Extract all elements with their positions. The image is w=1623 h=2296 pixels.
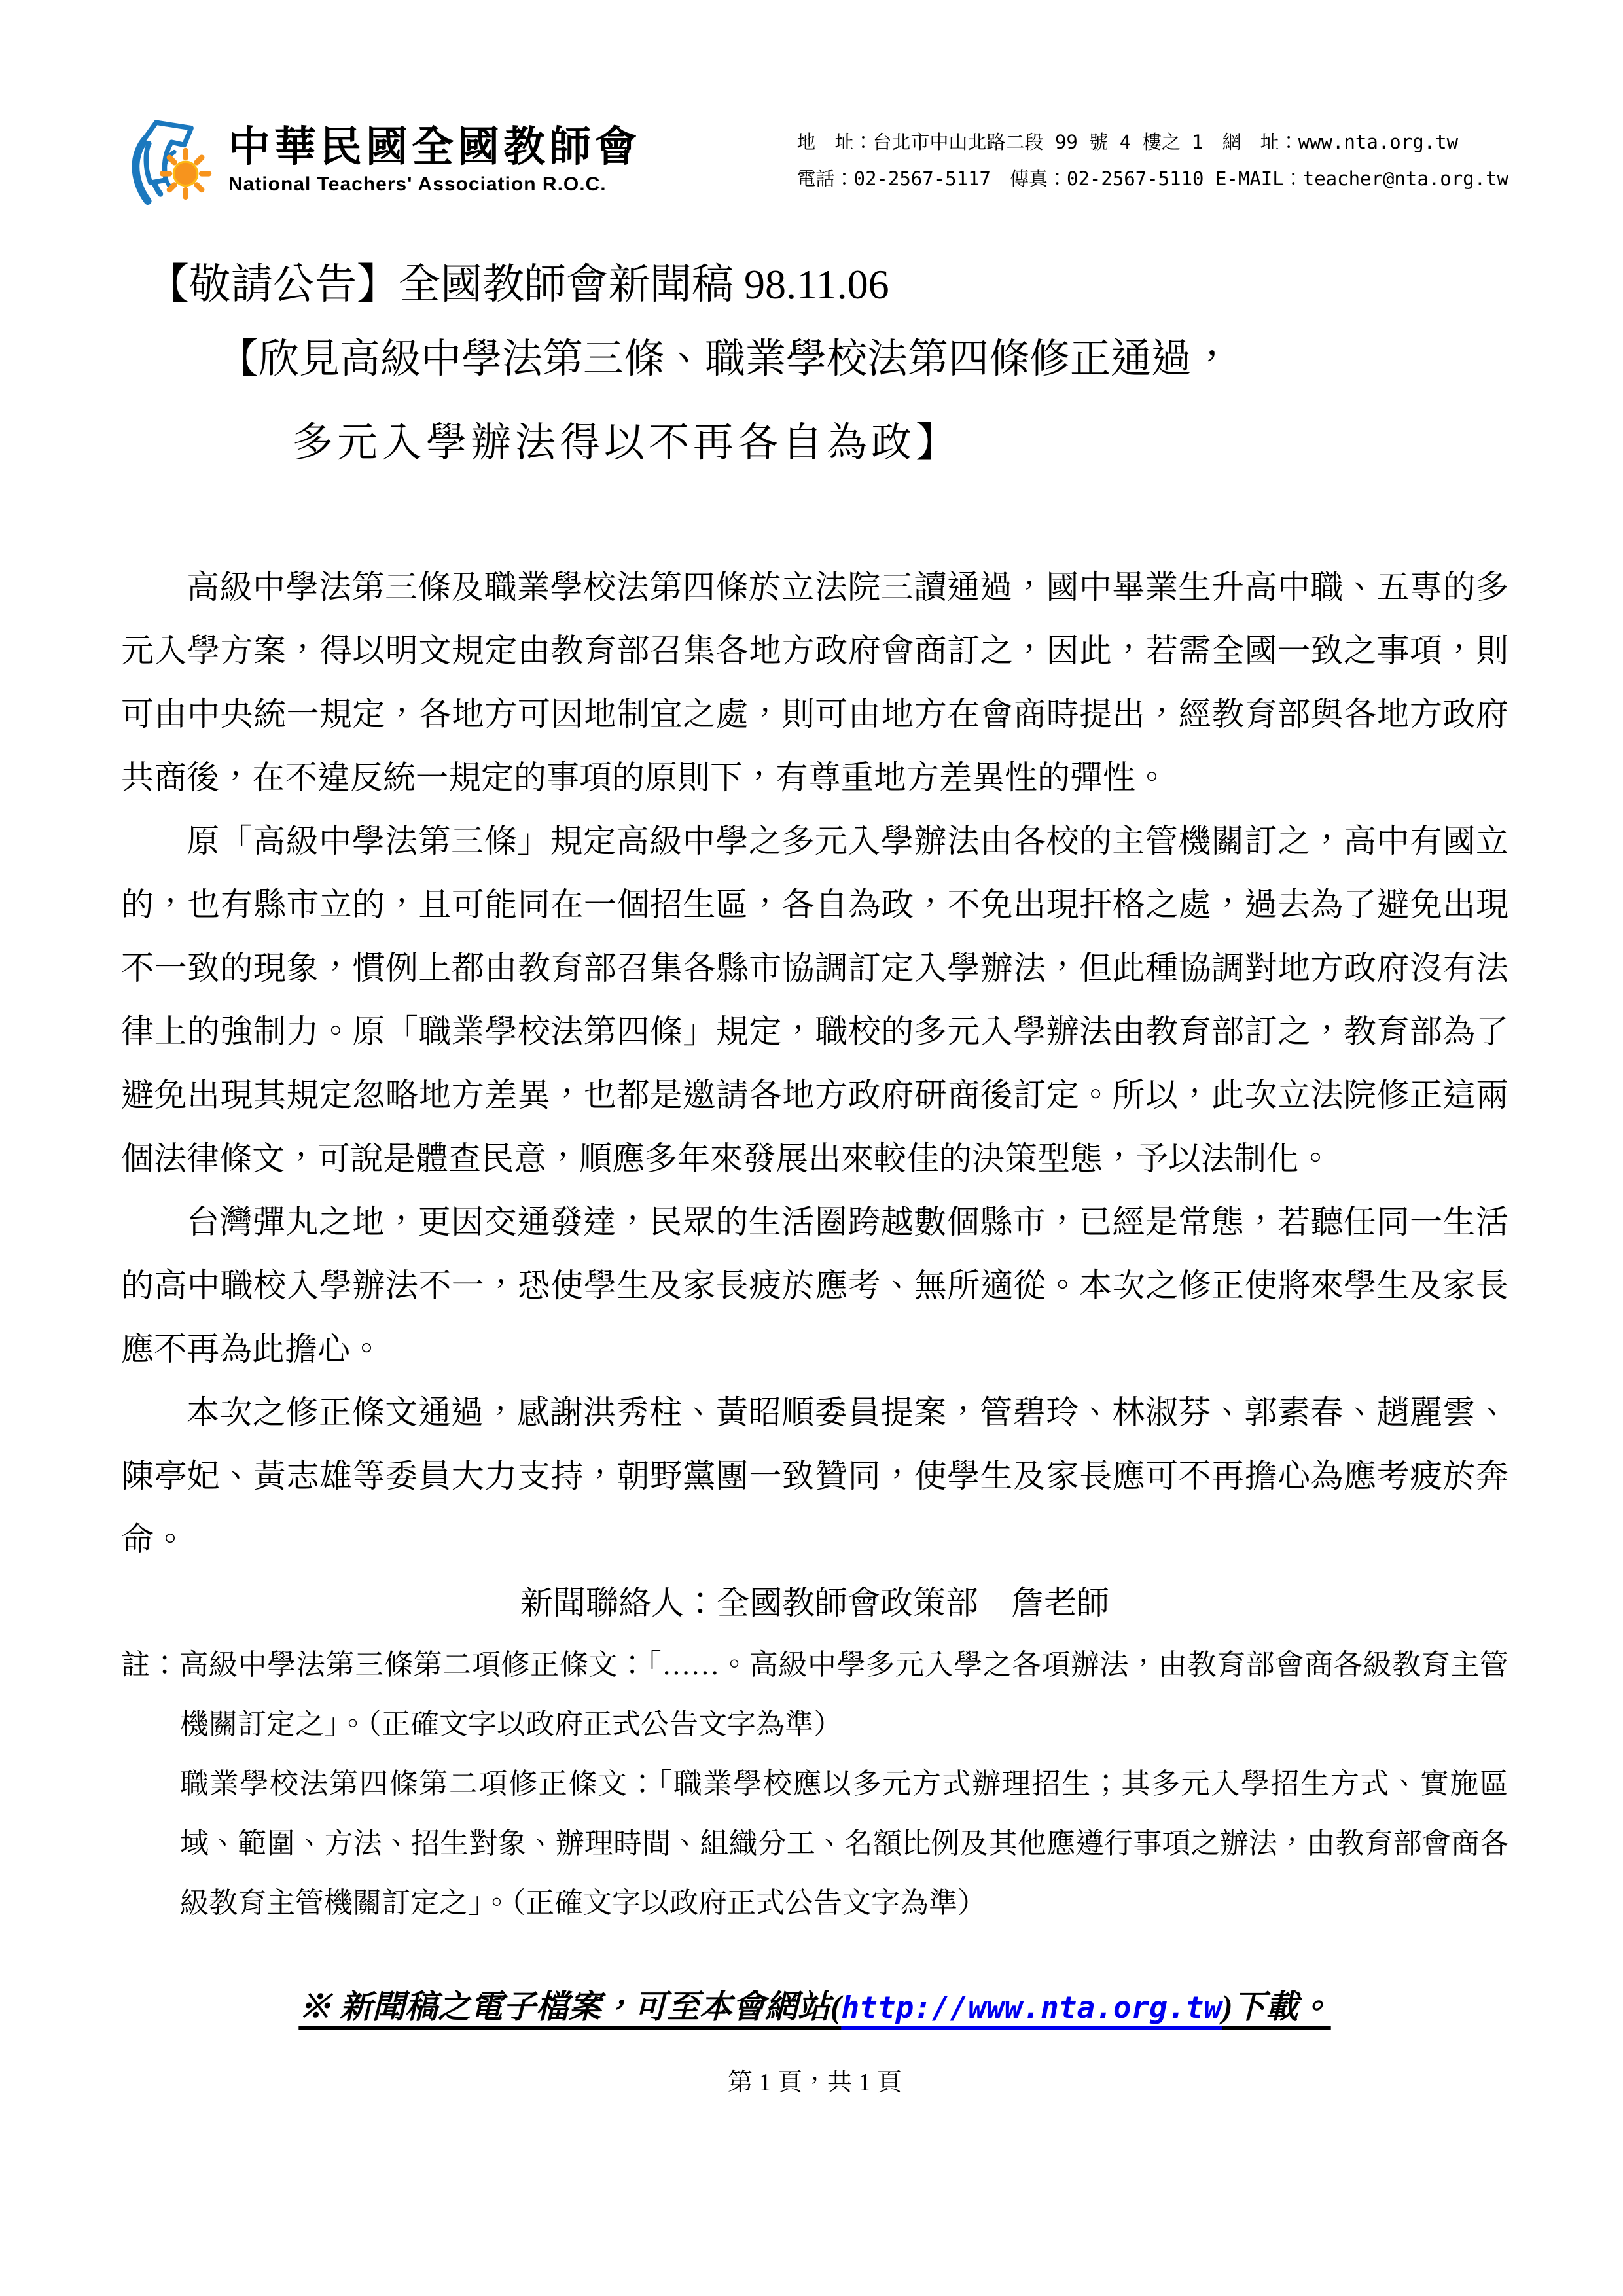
- note-paragraph: 註：高級中學法第三條第二項修正條文：「……。高級中學多元入學之各項辦法，由教育部…: [121, 1635, 1508, 1754]
- title-announcement: 【敬請公告】全國教師會新聞稿 98.11.06: [121, 252, 1508, 317]
- body-paragraph: 台灣彈丸之地，更因交通發達，民眾的生活圈跨越數個縣市，已經是常態，若聽任同一生活…: [121, 1191, 1508, 1381]
- org-name-block: 中華民國全國教師會 National Teachers' Association…: [228, 126, 641, 194]
- contact-address-line: 地 址：台北市中山北路二段 99 號 4 樓之 1 網 址：www.nta.or…: [796, 124, 1508, 160]
- note-paragraph: 職業學校法第四條第二項修正條文：「職業學校應以多元方式辦理招生；其多元入學招生方…: [121, 1754, 1508, 1933]
- document-page: 中華民國全國教師會 National Teachers' Association…: [0, 0, 1623, 2296]
- nta-logo-icon: [121, 111, 219, 209]
- notes-block: 註：高級中學法第三條第二項修正條文：「……。高級中學多元入學之各項辦法，由教育部…: [121, 1635, 1508, 1933]
- contact-phone-line: 電話：02-2567-5117 傳真：02-2567-5110 E-MAIL：t…: [796, 160, 1508, 197]
- letterhead: 中華民國全國教師會 National Teachers' Association…: [121, 105, 1508, 216]
- download-note-suffix: )下載。: [1222, 1988, 1331, 2025]
- headline-line1: 【欣見高級中學法第三條、職業學校法第四條修正通過，: [121, 317, 1508, 401]
- body-block: 高級中學法第三條及職業學校法第四條於立法院三讀通過，國中畢業生升高中職、五專的多…: [121, 556, 1508, 1635]
- body-paragraph: 本次之修正條文通過，感謝洪秀柱、黃昭順委員提案，管碧玲、林淑芬、郭素春、趙麗雲、…: [121, 1381, 1508, 1571]
- org-name-en: National Teachers' Association R.O.C.: [228, 175, 641, 194]
- org-name-zh: 中華民國全國教師會: [228, 126, 641, 168]
- press-contact-line: 新聞聯絡人：全國教師會政策部 詹老師: [121, 1571, 1508, 1635]
- contact-info-block: 地 址：台北市中山北路二段 99 號 4 樓之 1 網 址：www.nta.or…: [796, 124, 1508, 197]
- org-logo-block: 中華民國全國教師會 National Teachers' Association…: [121, 111, 641, 209]
- title-block: 【敬請公告】全國教師會新聞稿 98.11.06 【欣見高級中學法第三條、職業學校…: [121, 252, 1508, 485]
- headline-line2: 多元入學辦法得以不再各自為政】: [121, 401, 1508, 485]
- page-number: 第 1 頁，共 1 頁: [121, 2063, 1508, 2102]
- body-paragraph: 高級中學法第三條及職業學校法第四條於立法院三讀通過，國中畢業生升高中職、五專的多…: [121, 556, 1508, 810]
- body-paragraph: 原「高級中學法第三條」規定高級中學之多元入學辦法由各校的主管機關訂之，高中有國立…: [121, 810, 1508, 1191]
- download-note-line: ※ 新聞稿之電子檔案，可至本會網站(http://www.nta.org.tw)…: [121, 1984, 1508, 2030]
- download-note-prefix: ※ 新聞稿之電子檔案，可至本會網站(: [298, 1988, 841, 2025]
- download-link[interactable]: http://www.nta.org.tw: [841, 1990, 1222, 2025]
